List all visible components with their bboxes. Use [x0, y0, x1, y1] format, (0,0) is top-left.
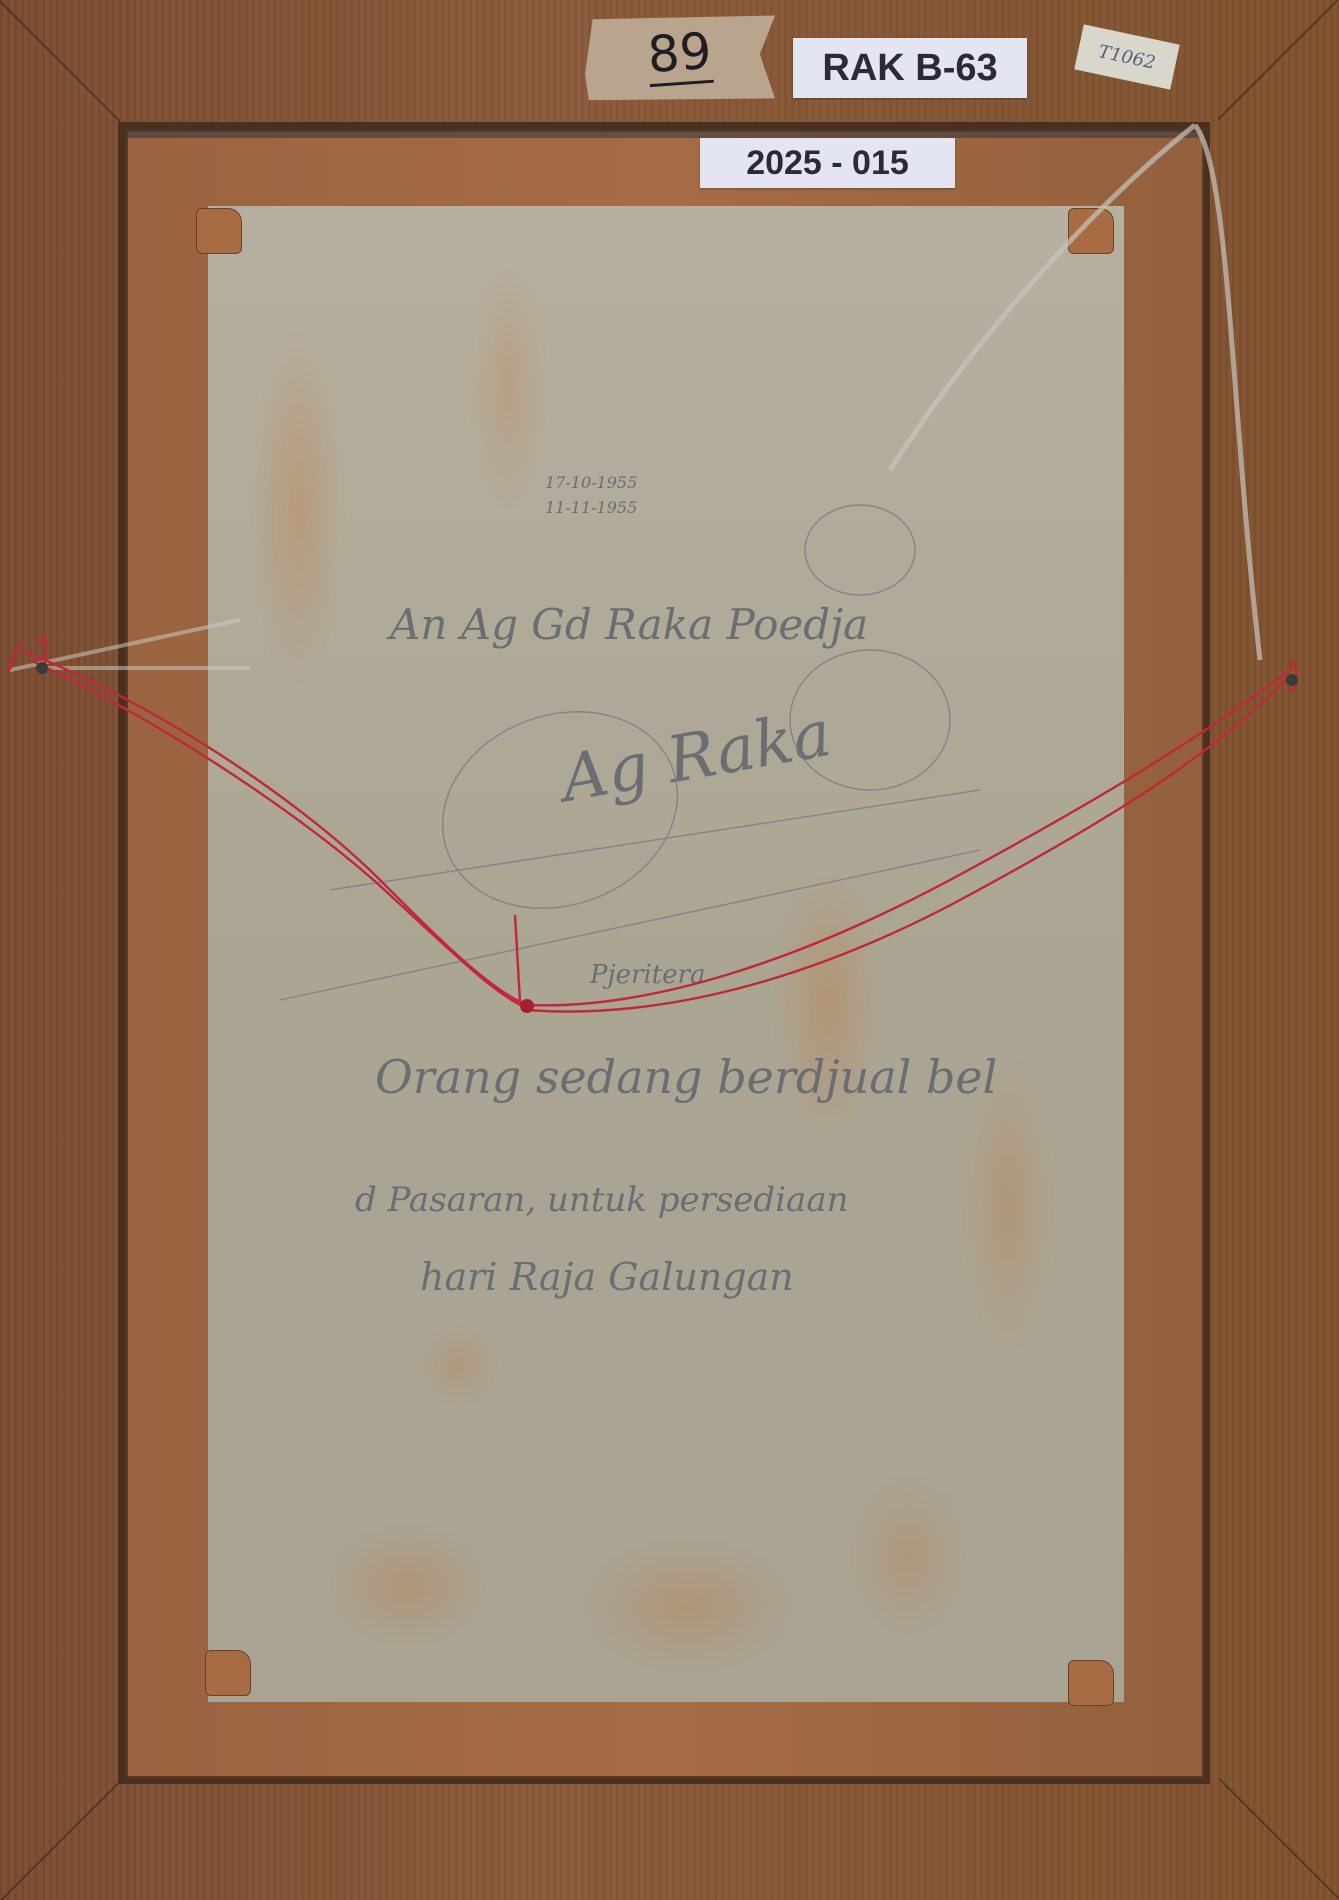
clear-tube	[890, 125, 1260, 660]
wire-knot	[520, 999, 534, 1013]
anchor-right	[1286, 674, 1298, 686]
anchor-left	[36, 662, 48, 674]
hardware-overlay	[0, 0, 1339, 1900]
red-hanging-wire	[9, 637, 1297, 1012]
signature-flourish	[280, 505, 980, 1000]
